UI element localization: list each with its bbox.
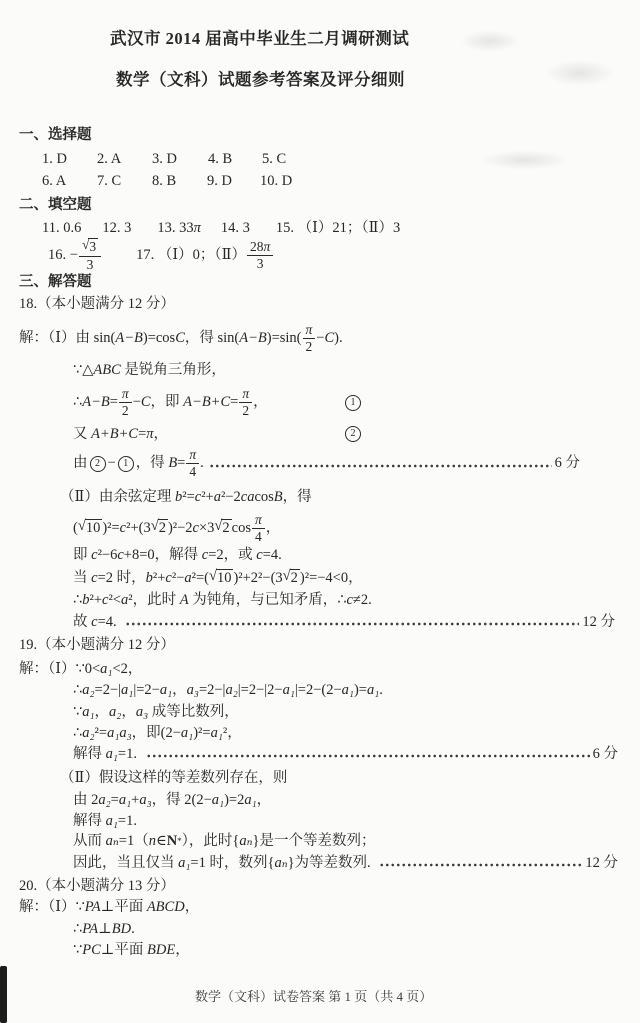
- fraction-denominator: 4: [255, 529, 262, 544]
- text-run: .: [200, 454, 204, 473]
- text-run: 7. C: [97, 172, 152, 191]
- text-run: ，: [266, 519, 281, 538]
- text-run: =2，或: [208, 546, 256, 565]
- text-run: ²=(: [192, 569, 209, 588]
- math-run: b: [146, 569, 153, 588]
- math-run: BD: [112, 920, 131, 939]
- text-run: ²<: [108, 591, 121, 610]
- radical: √2: [214, 519, 231, 537]
- text-run: ⊥平面: [101, 898, 147, 917]
- math-run: π: [242, 387, 249, 401]
- text-run: ²−: [172, 569, 185, 588]
- text-run: <2，: [112, 660, 142, 679]
- fraction-denominator: 4: [189, 464, 196, 479]
- text-run: ，: [95, 703, 110, 722]
- section-solutions-heading: 三、解答题: [19, 273, 92, 292]
- fraction: π2: [239, 387, 252, 418]
- text-run: )=sin(: [267, 329, 302, 348]
- math-run: a₂: [98, 791, 110, 810]
- text-run: ²=: [95, 724, 108, 743]
- text-run: =2 时，: [98, 569, 146, 588]
- p20-solution-line-2: ∴PA⊥BD.: [73, 920, 135, 939]
- math-run: a₁: [119, 791, 131, 810]
- fraction-numerator: π: [119, 387, 132, 403]
- text-run: =4.: [263, 546, 282, 565]
- text-run: 又: [73, 425, 91, 444]
- text-run: 11. 0.6: [42, 219, 81, 238]
- fraction-denominator: 3: [257, 256, 264, 271]
- text-run: ，: [172, 681, 187, 700]
- scanned-answer-sheet-page: 武汉市 2014 届高中毕业生二月调研测试 数学（文科）试题参考答案及评分细则 …: [0, 0, 640, 1023]
- text-run: |=2−|2−: [238, 681, 283, 700]
- math-run: π: [122, 387, 129, 401]
- text-run: 4: [189, 464, 196, 479]
- scan-smudge-artifact: [480, 150, 570, 170]
- p18-solution-line-11: 故 c=4. 12 分: [73, 613, 615, 632]
- text-run: ，: [257, 791, 272, 810]
- text-run: )=2: [224, 791, 244, 810]
- text-run: cos: [232, 519, 251, 538]
- text-run: cos: [254, 488, 273, 507]
- text-run: 18.（本小题满分 12 分）: [19, 295, 175, 314]
- text-run: 4. B: [208, 150, 262, 169]
- dotted-leader: [209, 462, 552, 470]
- text-run: ，: [175, 941, 190, 960]
- scan-smudge-artifact: [545, 60, 615, 86]
- fraction: π2: [303, 323, 316, 354]
- fill-answers-row-1: 11. 0.612. 313. 33π14. 315. （Ⅰ）21；（Ⅱ）3: [42, 219, 400, 238]
- text-run: )²=−4<0，: [300, 569, 363, 588]
- math-run: A+B+C: [91, 425, 138, 444]
- radicand: 2: [158, 519, 168, 537]
- page-title: 武汉市 2014 届高中毕业生二月调研测试: [110, 25, 409, 49]
- text-run: ∵: [73, 703, 82, 722]
- text-run: ，得 sin(: [185, 329, 239, 348]
- radicand: 10: [216, 569, 234, 587]
- text-run: ²+: [201, 488, 214, 507]
- math-run: A: [180, 591, 189, 610]
- text-run: 8. B: [152, 172, 207, 191]
- math-run: π: [146, 425, 153, 444]
- dotted-leader: [379, 861, 582, 869]
- p18-solution-line-10: ∴b²+c²<a²，此时 A 为钝角，与已知矛盾，∴c≠2.: [73, 591, 372, 610]
- text-run: ，得: [283, 488, 312, 507]
- radicand: 3: [88, 238, 98, 255]
- radical: √10: [78, 519, 102, 537]
- text-run: ，即(2−: [132, 724, 181, 743]
- problem-20-heading: 20.（本小题满分 13 分）: [19, 877, 175, 896]
- text-run: ，: [185, 898, 200, 917]
- text-run: −: [108, 454, 116, 473]
- text-run: 成等比数列，: [148, 703, 239, 722]
- text-run: ⊥平面: [101, 941, 147, 960]
- math-run: a₁: [367, 681, 379, 700]
- scan-edge-artifact: [0, 966, 7, 1023]
- p18-solution-line-7: (√10)²=c²+(3√2)²−2c×3√2cosπ4，: [73, 513, 280, 544]
- fraction-denominator: 2: [306, 339, 313, 354]
- math-run: ABC: [93, 361, 120, 380]
- text-run: )²+2²−(3: [233, 569, 282, 588]
- p18-solution-line-9: 当 c=2 时，b²+c²−a²=(√10)²+2²−(3√2)²=−4<0，: [73, 569, 363, 588]
- math-run: PA: [82, 920, 98, 939]
- text-run: 14. 3: [221, 219, 250, 238]
- text-run: 二、填空题: [19, 196, 92, 215]
- text-run: +: [131, 791, 139, 810]
- text-run: 3: [87, 257, 94, 272]
- text-run: ∴: [73, 393, 82, 412]
- math-run: a₁: [121, 681, 133, 700]
- text-run: 17. （Ⅰ）0；（Ⅱ）: [136, 246, 246, 265]
- text-run: 由: [73, 454, 88, 473]
- text-run: =: [110, 393, 118, 412]
- p18-solution-line-1: 解：（Ⅰ）由 sin(A−B)=cosC，得 sin(A−B)=sin(π2−C…: [19, 323, 343, 354]
- text-run: −: [133, 393, 141, 412]
- math-run: a₁: [160, 681, 172, 700]
- math-run: a₃: [187, 681, 199, 700]
- math-run: b: [175, 488, 182, 507]
- text-run: 15. （Ⅰ）21；（Ⅱ）3: [276, 219, 400, 238]
- circled-number-mark: 1: [345, 395, 361, 411]
- text-run: =: [138, 425, 146, 444]
- p18-solution-line-8: 即 c²−6c+8=0，解得 c=2，或 c=4.: [73, 546, 282, 565]
- fraction: π4: [252, 513, 265, 544]
- text-run: 9. D: [207, 172, 260, 191]
- text-run: =1 时，数列{: [190, 854, 274, 873]
- math-run: a₂: [109, 703, 121, 722]
- math-run: a₁: [283, 681, 295, 700]
- math-run: a: [121, 591, 128, 610]
- text-run: }为等差数列.: [288, 854, 375, 873]
- text-run: ，: [253, 393, 268, 412]
- text-run: +8=0，解得: [124, 546, 202, 565]
- text-run: 由 2: [73, 791, 98, 810]
- text-run: ∴: [73, 724, 82, 743]
- math-run: a₃: [136, 703, 148, 722]
- text-run: ²+: [89, 591, 102, 610]
- math-run: a₁: [212, 791, 224, 810]
- radical: √2: [151, 519, 168, 537]
- text-run: 解得: [73, 745, 106, 764]
- text-run: =: [111, 791, 119, 810]
- math-run: a₁: [100, 660, 112, 679]
- text-run: 2: [122, 403, 129, 418]
- math-run: ca: [241, 488, 255, 507]
- text-run: ∴: [73, 681, 82, 700]
- text-run: =: [230, 393, 238, 412]
- text-run: 解：（Ⅰ）∵: [19, 898, 85, 917]
- text-run: 2. A: [97, 150, 152, 169]
- math-run: C: [141, 393, 151, 412]
- math-run: aₙ: [274, 854, 287, 873]
- text-run: 三、解答题: [19, 273, 92, 292]
- text-run: 因此，当且仅当: [73, 854, 178, 873]
- math-run: π: [194, 219, 201, 238]
- math-run: a: [184, 569, 191, 588]
- section-fill-heading: 二、填空题: [19, 196, 92, 215]
- text-run: )²=: [102, 519, 119, 538]
- text-run: 28: [250, 240, 264, 254]
- p19-solution-line-8: 解得 a₁=1.: [73, 812, 137, 831]
- problem-18-heading: 18.（本小题满分 12 分）: [19, 295, 175, 314]
- text-run: 12. 3: [102, 219, 131, 238]
- text-run: −: [316, 329, 324, 348]
- fraction-numerator: √3: [79, 238, 101, 257]
- text-run: ∴: [73, 920, 82, 939]
- problem-19-heading: 19.（本小题满分 12 分）: [19, 636, 175, 655]
- text-run: =2−|: [199, 681, 226, 700]
- scan-smudge-artifact: [460, 30, 520, 52]
- math-run: ABCD: [147, 898, 185, 917]
- p20-solution-line-3: ∵PC⊥平面 BDE，: [73, 941, 190, 960]
- math-run: a₁: [178, 854, 190, 873]
- text-run: =1.: [118, 812, 137, 831]
- score-label: 12 分: [582, 613, 615, 632]
- p19-solution-line-3: ∵a₁，a₂，a₃ 成等比数列，: [73, 703, 239, 722]
- text-run: 为钝角，与已知矛盾，∴: [189, 591, 347, 610]
- p18-solution-line-3: ∴A−B=π2−C，即 A−B+C=π2，1: [73, 387, 268, 418]
- text-run: 3: [257, 256, 264, 271]
- text-run: 13. 33: [157, 219, 193, 238]
- math-run: B: [168, 454, 177, 473]
- p19-solution-line-6: （Ⅱ）假设这样的等差数列存在，则: [60, 769, 287, 788]
- math-run: a₂: [82, 681, 94, 700]
- text-run: ，得: [136, 454, 169, 473]
- text-run: 1. D: [42, 150, 97, 169]
- text-run: 2: [242, 403, 249, 418]
- choice-answers-row-1: 1. D2. A3. D4. B5. C: [42, 150, 286, 169]
- text-run: .: [379, 681, 383, 700]
- bold-math-run: N: [167, 832, 177, 851]
- fraction-numerator: π: [303, 323, 316, 339]
- fraction-denominator: 3: [87, 257, 94, 272]
- math-run: a₃: [139, 791, 151, 810]
- p18-solution-line-6: （Ⅱ）由余弦定理 b²=c²+a²−2cacosB，得: [60, 488, 312, 507]
- text-run: ²，此时: [128, 591, 179, 610]
- text-run: )²=: [193, 724, 210, 743]
- radical: √2: [283, 569, 300, 587]
- text-run: =1.: [118, 745, 141, 764]
- math-run: a₁: [244, 791, 256, 810]
- page-subtitle: 数学（文科）试题参考答案及评分细则: [116, 66, 405, 90]
- text-run: 3. D: [152, 150, 208, 169]
- text-run: |=2−: [133, 681, 160, 700]
- fraction-denominator: 2: [122, 403, 129, 418]
- text-run: ∈: [156, 832, 167, 851]
- math-run: a₁: [82, 703, 94, 722]
- math-run: n: [149, 832, 156, 851]
- math-run: A−B: [239, 329, 267, 348]
- math-run: b: [82, 591, 89, 610]
- text-run: ).: [334, 329, 342, 348]
- math-run: A−B+C: [183, 393, 230, 412]
- text-run: 从而: [73, 832, 106, 851]
- text-run: ²=: [182, 488, 195, 507]
- text-run: （Ⅱ）假设这样的等差数列存在，则: [60, 769, 287, 788]
- fraction: √33: [79, 238, 101, 272]
- page-footer: 数学（文科）试卷答案 第 1 页（共 4 页）: [195, 986, 432, 1005]
- text-run: 5. C: [262, 150, 286, 169]
- math-run: π: [306, 323, 313, 337]
- fraction-denominator: 2: [242, 403, 249, 418]
- text-run: =4.: [98, 613, 121, 632]
- text-run: ≠2.: [353, 591, 372, 610]
- fill-answers-row-2: 16. −√3317. （Ⅰ）0；（Ⅱ）28π3: [48, 238, 274, 272]
- p19-solution-line-7: 由 2a₂=a₁+a₃，得 2(2−a₁)=2a₁，: [73, 791, 271, 810]
- p19-solution-line-4: ∴a₂²=a₁a₃，即(2−a₁)²=a₁²，: [73, 724, 242, 743]
- text-run: ∵△: [73, 361, 93, 380]
- text-run: ，得 2(2−: [152, 791, 212, 810]
- text-run: 4: [255, 529, 262, 544]
- radical: √3: [82, 238, 98, 255]
- score-label: 6 分: [593, 745, 618, 764]
- choice-answers-row-2: 6. A7. C8. B9. D10. D: [42, 172, 292, 191]
- math-run: a₁: [211, 724, 223, 743]
- score-label: 12 分: [585, 854, 618, 873]
- text-run: ，: [154, 425, 169, 444]
- text-run: 解：（Ⅰ）∵0<: [19, 660, 100, 679]
- text-run: =2−|: [95, 681, 122, 700]
- math-run: π: [263, 240, 270, 254]
- p19-solution-line-1: 解：（Ⅰ）∵0<a₁<2，: [19, 660, 142, 679]
- text-run: =: [177, 454, 185, 473]
- math-run: a₁a₃: [107, 724, 132, 743]
- fraction-numerator: π: [186, 448, 199, 464]
- text-run: ²−2: [221, 488, 241, 507]
- text-run: ⊥: [98, 920, 112, 939]
- math-run: a₁: [342, 681, 354, 700]
- p18-solution-line-5: 由2−1，得 B=π4.6 分: [73, 448, 580, 479]
- text-run: ×3: [199, 519, 214, 538]
- p19-solution-line-5: 解得 a₁=1. 6 分: [73, 745, 618, 764]
- text-run: 16. −: [48, 246, 78, 265]
- math-run: a₂: [82, 724, 94, 743]
- text-run: .: [131, 920, 135, 939]
- dotted-leader: [146, 752, 590, 760]
- text-run: ²−6: [98, 546, 118, 565]
- text-run: 6. A: [42, 172, 97, 191]
- text-run: ∴: [73, 591, 82, 610]
- math-run: a₁: [181, 724, 193, 743]
- p19-solution-line-2: ∴a₂=2−|a₁|=2−a₁，a₃=2−|a₂|=2−|2−a₁|=2−(2−…: [73, 681, 383, 700]
- p18-solution-line-4: 又 A+B+C=π，2: [73, 425, 168, 444]
- radicand: 10: [85, 519, 103, 537]
- p20-solution-line-1: 解：（Ⅰ）∵PA⊥平面 ABCD，: [19, 898, 199, 917]
- fraction-numerator: π: [239, 387, 252, 403]
- radicand: 2: [221, 519, 231, 537]
- text-run: =1（: [119, 832, 149, 851]
- circled-number: 2: [90, 456, 106, 472]
- text-run: 解得: [73, 812, 106, 831]
- math-run: π: [255, 513, 262, 527]
- radical: √10: [209, 569, 233, 587]
- math-run: a: [214, 488, 221, 507]
- section-choice-heading: 一、选择题: [19, 126, 92, 145]
- radicand: 2: [290, 569, 300, 587]
- text-run: 20.（本小题满分 13 分）: [19, 877, 175, 896]
- math-run: π: [189, 448, 196, 462]
- fraction: π4: [186, 448, 199, 479]
- text-run: ²，: [223, 724, 242, 743]
- text-run: )=cos: [143, 329, 175, 348]
- math-run: a₂: [225, 681, 237, 700]
- text-run: 解：（Ⅰ）由 sin(: [19, 329, 115, 348]
- fraction: π2: [119, 387, 132, 418]
- math-run: aₙ: [106, 832, 119, 851]
- text-run: }是一个等差数列；: [253, 832, 376, 851]
- text-run: 19.（本小题满分 12 分）: [19, 636, 175, 655]
- math-run: A−B: [82, 393, 110, 412]
- math-run: a₁: [106, 812, 118, 831]
- math-run: BDE: [147, 941, 175, 960]
- text-run: )=: [354, 681, 367, 700]
- math-run: PA: [85, 898, 101, 917]
- text-run: 2: [306, 339, 313, 354]
- fraction-numerator: π: [252, 513, 265, 529]
- math-run: A−B: [115, 329, 143, 348]
- text-run: 即: [73, 546, 91, 565]
- text-run: ∵: [73, 941, 82, 960]
- math-run: C: [175, 329, 185, 348]
- circled-number-mark: 2: [345, 426, 361, 442]
- math-run: B: [274, 488, 283, 507]
- p19-solution-line-10: 因此，当且仅当 a₁=1 时，数列{aₙ}为等差数列. 12 分: [73, 854, 618, 873]
- fraction-numerator: 28π: [247, 240, 273, 256]
- text-run: 故: [73, 613, 91, 632]
- math-run: C: [324, 329, 334, 348]
- text-run: ²+(3: [126, 519, 151, 538]
- text-run: |=2−(2−: [295, 681, 342, 700]
- math-run: aₙ: [239, 832, 252, 851]
- text-run: 一、选择题: [19, 126, 92, 145]
- text-run: 是锐角三角形，: [121, 361, 226, 380]
- dotted-leader: [125, 620, 579, 628]
- math-run: a₁: [106, 745, 118, 764]
- text-run: 10. D: [260, 172, 292, 191]
- circled-number: 1: [118, 456, 134, 472]
- text-run: ），此时{: [182, 832, 240, 851]
- p19-solution-line-9: 从而 aₙ=1（n∈N*），此时{aₙ}是一个等差数列；: [73, 832, 376, 851]
- text-run: （Ⅱ）由余弦定理: [60, 488, 175, 507]
- text-run: )²−2: [168, 519, 193, 538]
- text-run: ，即: [151, 393, 184, 412]
- math-run: PC: [82, 941, 101, 960]
- text-run: ，: [121, 703, 136, 722]
- text-run: ²+: [153, 569, 166, 588]
- text-run: 当: [73, 569, 91, 588]
- p18-solution-line-2: ∵△ABC 是锐角三角形，: [73, 361, 226, 380]
- fraction: 28π3: [247, 240, 273, 271]
- score-label: 6 分: [555, 454, 580, 473]
